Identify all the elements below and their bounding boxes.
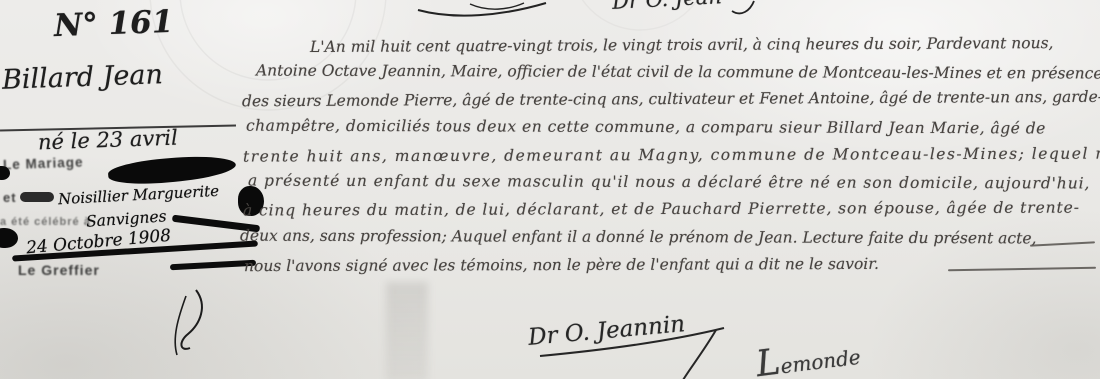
- act-body-line: a présenté un enfant du sexe masculin qu…: [248, 172, 1090, 193]
- act-body-line: trente huit ans, manœuvre, demeurant au …: [243, 144, 1100, 165]
- line-filler-flourish: [1030, 241, 1095, 246]
- stamp-spouse-name: Noisillier Marguerite: [58, 182, 220, 208]
- stamp-printed-line5: Le Greffier: [18, 262, 100, 278]
- stamp-printed-line2: et: [3, 190, 17, 205]
- birth-date-note: né le 23 avril: [38, 126, 178, 155]
- ink-smear: [20, 192, 54, 202]
- ink-blot: [0, 228, 18, 248]
- registered-name: Billard Jean: [2, 59, 164, 96]
- act-body-line: L'An mil huit cent quatre-vingt trois, l…: [310, 34, 1054, 56]
- act-number: N° 161: [53, 4, 174, 44]
- ink-blot: [0, 166, 10, 180]
- act-body-line: des sieurs Lemonde Pierre, âgé de trente…: [242, 88, 1100, 111]
- stamp-printed-line3: a été célébré à: [0, 216, 91, 228]
- top-partial-signature: Dr O. Jean: [611, 0, 722, 14]
- mayor-signature: Dr O. Jeannin: [527, 311, 686, 351]
- act-body-line: à cinq heures du matin, de lui, déclaran…: [243, 199, 1080, 220]
- registry-scan-page: N° 161 Billard Jean né le 23 avril Le Ma…: [0, 0, 1100, 379]
- act-body-line: champêtre, domiciliés tous deux en cette…: [246, 117, 1046, 138]
- scan-smudge: [386, 282, 428, 379]
- line-filler-flourish: [948, 267, 1096, 272]
- witness-signature: Lemonde: [754, 332, 863, 379]
- act-body-line: Antoine Octave Jeannin, Maire, officier …: [256, 62, 1100, 83]
- marriage-stamp: Le Mariage et Noisillier Marguerite a ét…: [0, 152, 262, 292]
- stamp-printed-line1: Le Mariage: [3, 155, 84, 173]
- act-body-line: deux ans, sans profession; Auquel enfant…: [240, 227, 1037, 248]
- act-body-line: nous l'avons signé avec les témoins, non…: [244, 255, 879, 275]
